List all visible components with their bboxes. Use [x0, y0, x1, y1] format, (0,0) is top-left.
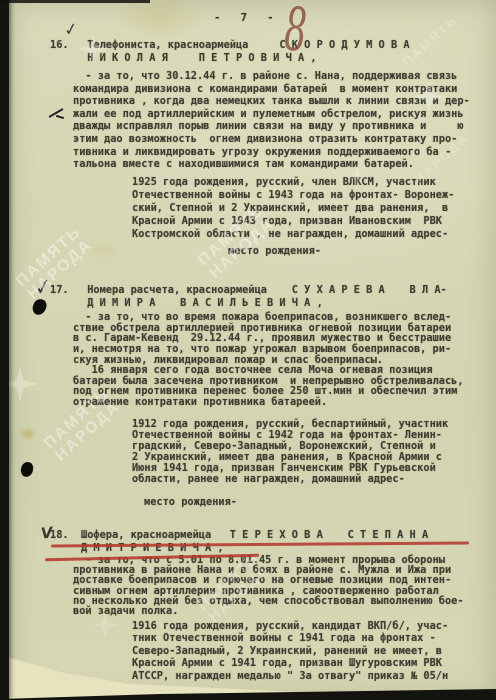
scanned-award-document-page: { "document": { "page_number": "- 7 -", … [0, 0, 496, 700]
page-number: - 7 - [214, 11, 274, 24]
section-17-birthplace-label: место рождения- [144, 496, 237, 508]
pencil-checkmark-18: V [40, 523, 53, 542]
section-18-citation: - за то, что с 5.01 по 8.01.45 г. в моме… [73, 555, 464, 616]
handwritten-numeral: 8 [283, 0, 308, 66]
section-17-heading: 17. Номера расчета, красноармейца С У Х … [50, 284, 447, 310]
section-16-bio: 1925 года рождения, русский, член ВЛКСМ,… [132, 176, 454, 241]
section-17-bio: 1912 года рождения, русский, беспартийны… [132, 419, 448, 485]
section-17-citation: - за то, что во время пожара боеприпасов… [73, 312, 451, 366]
section-16-heading: 16. Телефониста, красноармейца С К О Р О… [50, 39, 410, 65]
section-18-bio: 1916 года рождения, русский, кандидат ВК… [132, 620, 448, 682]
section-16-citation: - за то, что 30.12.44 г. в районе с. Нан… [73, 70, 470, 171]
section-17-citation-2: 16 января сего года восточнее села Моча … [73, 365, 464, 408]
top-scan-border [0, 0, 150, 3]
left-scan-border [0, 0, 9, 700]
